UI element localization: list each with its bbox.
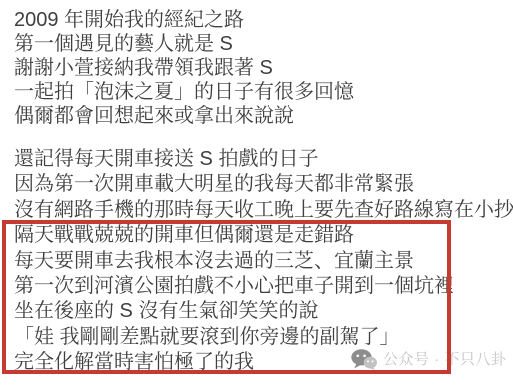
paragraph-2: 還記得每天開車接送 S 拍戲的日子 因為第一次開車載大明星的我每天都非常緊張 沒…	[14, 147, 510, 376]
text-line: 隔天戰戰兢兢的開車但偶爾還是走錯路	[14, 223, 510, 248]
text-line: 第一個遇見的藝人就是 S	[14, 32, 510, 56]
watermark: 公众号 · 不只八卦	[351, 349, 506, 370]
text-line: 「娃 我剛剛差點就要滾到你旁邊的副駕了」	[14, 325, 510, 350]
post-text: 2009 年開始我的經紀之路 第一個遇見的藝人就是 S 謝謝小萱接納我帶領我跟著…	[14, 8, 510, 376]
text-line: 第一次到河濱公園拍戲不小心把車子開到一個坑裡	[14, 274, 510, 299]
paragraph-1: 2009 年開始我的經紀之路 第一個遇見的藝人就是 S 謝謝小萱接納我帶領我跟著…	[14, 8, 510, 128]
text-line: 2009 年開始我的經紀之路	[14, 8, 510, 32]
text-line: 一起拍「泡沫之夏」的日子有很多回憶	[14, 80, 510, 104]
text-line: 因為第一次開車載大明星的我每天都非常緊張	[14, 172, 510, 197]
text-line: 偶爾都會回想起來或拿出來說說	[14, 104, 510, 128]
wechat-chat-bubbles-icon	[351, 349, 377, 370]
text-line: 沒有網路手機的那時每天收工晚上要先查好路線寫在小抄	[14, 198, 510, 223]
text-line: 還記得每天開車接送 S 拍戲的日子	[14, 147, 510, 172]
text-line: 每天要開車去我根本沒去過的三芝、宜蘭主景	[14, 249, 510, 274]
text-line: 坐在後座的 S 沒有生氣卻笑笑的說	[14, 299, 510, 324]
watermark-label: 公众号 · 不只八卦	[383, 349, 506, 370]
text-line: 謝謝小萱接納我帶領我跟著 S	[14, 56, 510, 80]
